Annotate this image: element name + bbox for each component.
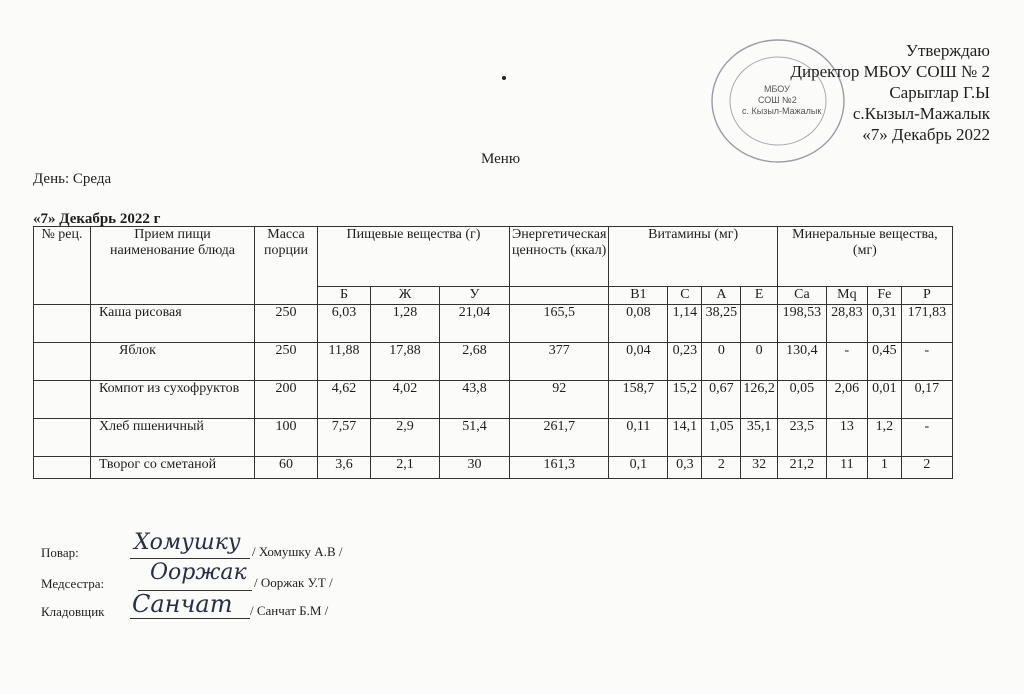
subheader-energy [510, 287, 609, 305]
cell-ca: 198,53 [777, 305, 826, 343]
cell-energy: 377 [510, 343, 609, 381]
cell-zh: 17,88 [371, 343, 440, 381]
approval-line-2: Директор МБОУ СОШ № 2 [790, 61, 990, 82]
subheader-zh: Ж [371, 287, 440, 305]
cell-u: 30 [440, 457, 510, 479]
menu-rows: Каша рисовая2506,031,2821,04165,50,081,1… [34, 305, 953, 479]
cell-name: Творог со сметаной [91, 457, 255, 479]
table-row: Творог со сметаной603,62,130161,30,10,32… [34, 457, 953, 479]
cell-name: Хлеб пшеничный [91, 419, 255, 457]
cell-e: 0 [741, 343, 778, 381]
subheader-a: A [702, 287, 741, 305]
cell-mass: 250 [255, 305, 318, 343]
name-nurse: / Ооржак У.Т / [254, 575, 333, 591]
cell-mq: 11 [826, 457, 867, 479]
cell-fe: 1,2 [867, 419, 901, 457]
table-row: Хлеб пшеничный1007,572,951,4261,70,1114,… [34, 419, 953, 457]
cell-energy: 261,7 [510, 419, 609, 457]
header-meal: Прием пищи наименование блюда [91, 227, 255, 305]
signature-nurse: Ооржак [150, 560, 247, 585]
cell-p: 171,83 [901, 305, 952, 343]
cell-a: 38,25 [702, 305, 741, 343]
cell-mq: 28,83 [826, 305, 867, 343]
cell-b: 4,62 [318, 381, 371, 419]
cell-zh: 1,28 [371, 305, 440, 343]
role-cook: Повар: [41, 545, 79, 561]
subheader-fe: Fe [867, 287, 901, 305]
cell-u: 21,04 [440, 305, 510, 343]
cell-energy: 161,3 [510, 457, 609, 479]
cell-p: 0,17 [901, 381, 952, 419]
cell-ca: 130,4 [777, 343, 826, 381]
header-nutrients: Пищевые вещества (г) [318, 227, 510, 287]
signature-storekeeper: Санчат [132, 590, 232, 618]
subheader-mq: Mq [826, 287, 867, 305]
cell-fe: 0,01 [867, 381, 901, 419]
header-energy: Энергетическая ценность (ккал) [510, 227, 609, 287]
cell-ca: 0,05 [777, 381, 826, 419]
cell-zh: 4,02 [371, 381, 440, 419]
stray-dot [502, 76, 506, 80]
subheader-u: У [440, 287, 510, 305]
subheader-ca: Ca [777, 287, 826, 305]
cell-zh: 2,9 [371, 419, 440, 457]
subheader-c: C [668, 287, 702, 305]
role-nurse: Медсестра: [41, 576, 104, 592]
cell-fe: 0,31 [867, 305, 901, 343]
cell-a: 2 [702, 457, 741, 479]
cell-mass: 250 [255, 343, 318, 381]
cell-u: 43,8 [440, 381, 510, 419]
cell-p: - [901, 419, 952, 457]
header-rec-no: № рец. [34, 227, 91, 305]
cell-fe: 0,45 [867, 343, 901, 381]
cell-p: 2 [901, 457, 952, 479]
menu-table: № рец. Прием пищи наименование блюда Мас… [33, 226, 953, 479]
cell-p: - [901, 343, 952, 381]
cell-mq: - [826, 343, 867, 381]
cell-u: 51,4 [440, 419, 510, 457]
cell-u: 2,68 [440, 343, 510, 381]
cell-rec [34, 419, 91, 457]
cell-mq: 2,06 [826, 381, 867, 419]
role-storekeeper: Кладовщик [41, 604, 104, 620]
table-row: Компот из сухофруктов2004,624,0243,89215… [34, 381, 953, 419]
subheader-e: E [741, 287, 778, 305]
subheader-b: Б [318, 287, 371, 305]
cell-rec [34, 305, 91, 343]
approval-line-1: Утверждаю [790, 40, 990, 61]
cell-e: 35,1 [741, 419, 778, 457]
cell-e: 126,2 [741, 381, 778, 419]
cell-c: 14,1 [668, 419, 702, 457]
stamp-line-1: МБОУ [764, 84, 790, 94]
name-cook: / Хомушку А.В / [252, 544, 342, 560]
cell-b: 7,57 [318, 419, 371, 457]
cell-rec [34, 381, 91, 419]
cell-e [741, 305, 778, 343]
approval-line-3: Сарыглар Г.Ы [790, 82, 990, 103]
cell-mass: 200 [255, 381, 318, 419]
cell-b1: 0,1 [609, 457, 668, 479]
header-mass: Масса порции [255, 227, 318, 305]
approval-line-4: с.Кызыл-Мажалык [790, 103, 990, 124]
signature-cook: Хомушку [134, 530, 241, 555]
header-minerals: Минеральные вещества, (мг) [777, 227, 952, 287]
cell-c: 15,2 [668, 381, 702, 419]
cell-mq: 13 [826, 419, 867, 457]
cell-c: 1,14 [668, 305, 702, 343]
cell-b: 11,88 [318, 343, 371, 381]
cell-c: 0,3 [668, 457, 702, 479]
header-vitamins: Витамины (мг) [609, 227, 778, 287]
cell-rec [34, 457, 91, 479]
cell-b1: 158,7 [609, 381, 668, 419]
subheader-b1: B1 [609, 287, 668, 305]
page-title: Меню [481, 151, 520, 168]
cell-b: 3,6 [318, 457, 371, 479]
cell-ca: 23,5 [777, 419, 826, 457]
cell-b1: 0,11 [609, 419, 668, 457]
cell-name: Каша рисовая [91, 305, 255, 343]
cell-b1: 0,04 [609, 343, 668, 381]
cell-a: 0 [702, 343, 741, 381]
cell-energy: 92 [510, 381, 609, 419]
cell-name: Яблок [91, 343, 255, 381]
approval-line-5: «7» Декабрь 2022 [790, 124, 990, 145]
cell-c: 0,23 [668, 343, 702, 381]
cell-ca: 21,2 [777, 457, 826, 479]
cell-rec [34, 343, 91, 381]
table-row: Яблок25011,8817,882,683770,040,2300130,4… [34, 343, 953, 381]
name-storekeeper: / Санчат Б.М / [250, 603, 328, 619]
cell-b: 6,03 [318, 305, 371, 343]
cell-mass: 60 [255, 457, 318, 479]
day-label: День: Среда [33, 171, 111, 188]
cell-e: 32 [741, 457, 778, 479]
cell-a: 0,67 [702, 381, 741, 419]
cell-zh: 2,1 [371, 457, 440, 479]
cell-energy: 165,5 [510, 305, 609, 343]
table-row: Каша рисовая2506,031,2821,04165,50,081,1… [34, 305, 953, 343]
cell-name: Компот из сухофруктов [91, 381, 255, 419]
cell-mass: 100 [255, 419, 318, 457]
approval-block: Утверждаю Директор МБОУ СОШ № 2 Сарыглар… [790, 40, 990, 145]
cell-fe: 1 [867, 457, 901, 479]
subheader-p: P [901, 287, 952, 305]
cell-b1: 0,08 [609, 305, 668, 343]
cell-a: 1,05 [702, 419, 741, 457]
